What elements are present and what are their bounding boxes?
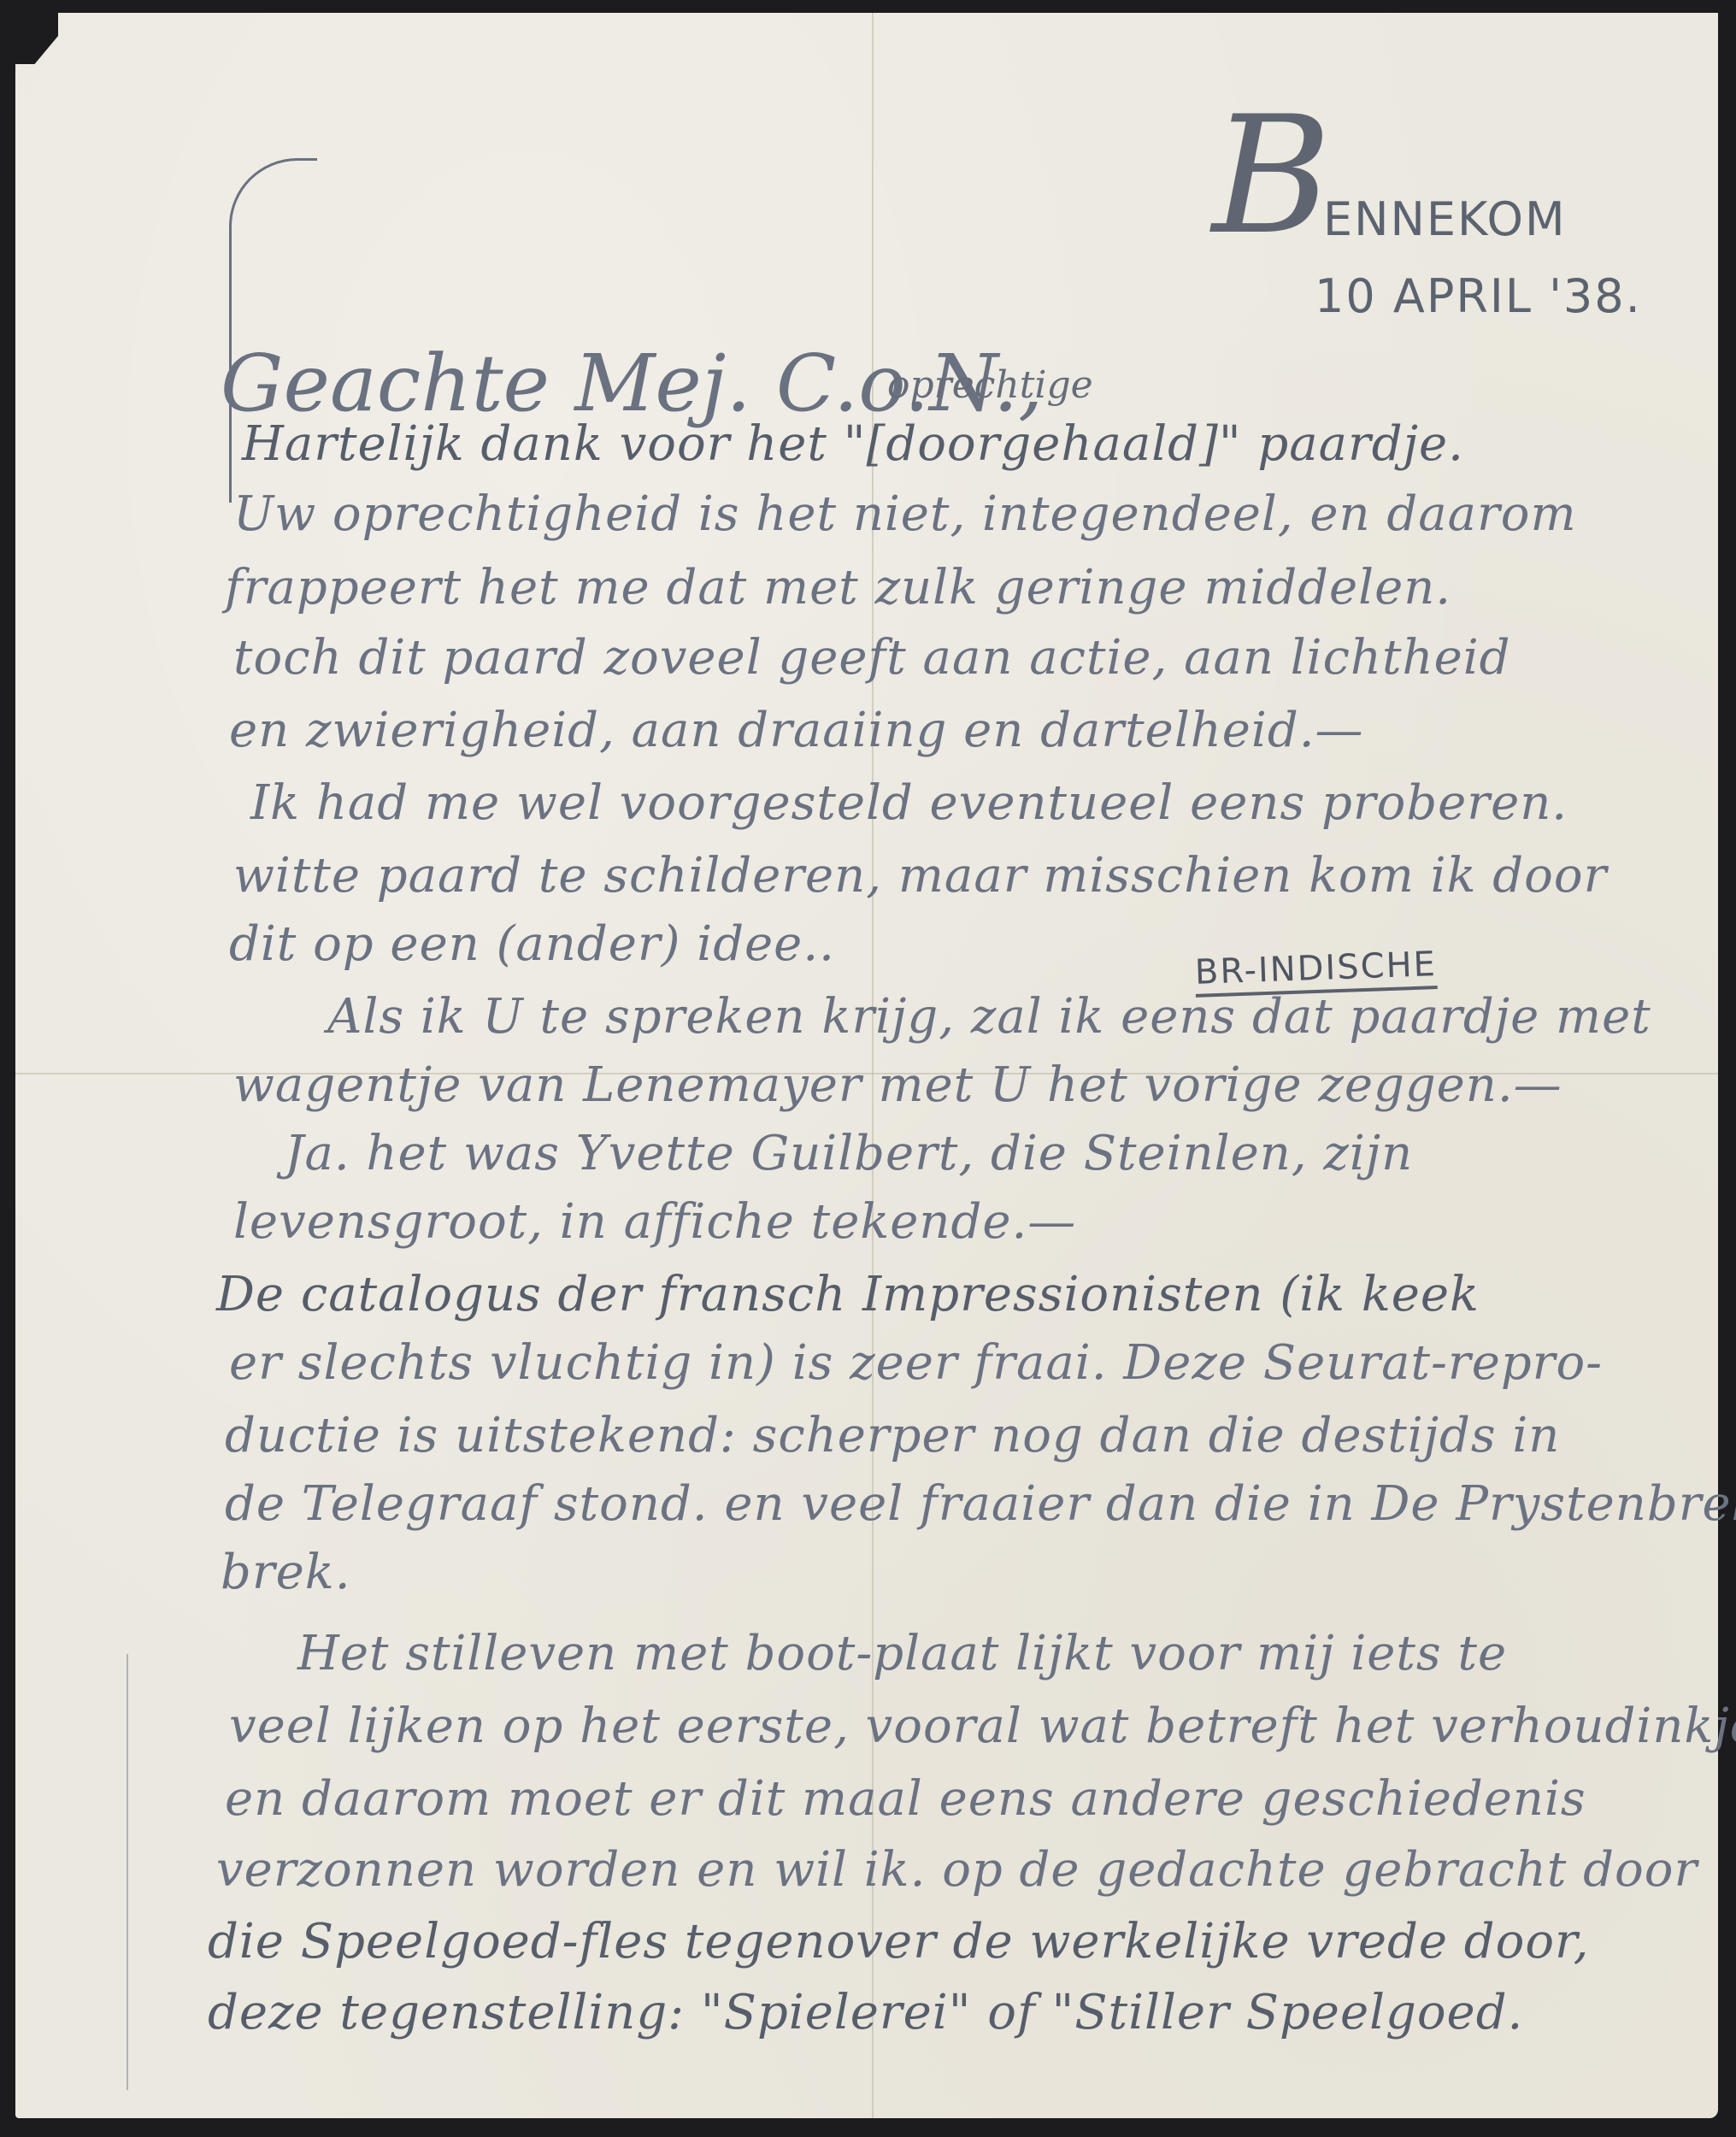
text-line: Ik had me wel voorgesteld eventueel eens… [250,778,1568,829]
text-line: toch dit paard zoveel geeft aan actie, a… [233,633,1510,684]
letter-page: B ENNEKOM 10 APRIL '38. Geachte Mej. C.o… [15,13,1718,2118]
text-line: ductie is uitstekend: scherper nog dan d… [225,1410,1560,1462]
text-line: die Speelgoed-fles tegenover de werkelij… [208,1916,1589,1968]
text-line: Ja. het was Yvette Guilbert, die Steinle… [285,1128,1413,1180]
text-line: Als ik U te spreken krijg, zal ik eens d… [327,992,1651,1043]
torn-corner [15,13,58,64]
text-line: deze tegenstelling: "Spielerei" of "Stil… [208,1987,1523,2039]
text-line: frappeert het me dat met zulk geringe mi… [225,562,1451,614]
text-line: de Telegraaf stond. en veel fraaier dan … [225,1479,1736,1530]
text-line: Hartelijk dank voor het "[doorgehaald]" … [242,419,1464,470]
pencil-margin-line [127,1654,128,2090]
text-line: dit op een (ander) idee.. [229,919,835,970]
text-line: en zwierigheid, aan draaiing en dartelhe… [229,705,1364,756]
letter-date: 10 APRIL '38. [1315,269,1642,323]
text-line: levensgroot, in affiche tekende.— [233,1197,1076,1248]
text-line: witte paard te schilderen, maar misschie… [233,851,1607,902]
text-line: en daarom moet er dit maal eens andere g… [225,1774,1586,1825]
text-line: verzonnen worden en wil ik. op de gedach… [216,1845,1698,1896]
text-line: veel lijken op het eerste, vooral wat be… [229,1701,1736,1752]
text-line: er slechts vluchtig in) is zeer fraai. D… [229,1338,1603,1389]
text-line: brek. [221,1547,351,1598]
letter-header-place-date: B ENNEKOM 10 APRIL '38. [1212,98,1657,355]
text-line: wagentje van Lenemayer met U het vorige … [233,1060,1562,1111]
text-line: De catalogus der fransch Impressionisten… [216,1269,1480,1321]
insert-oprechtige: oprechtige [887,363,1093,407]
text-line: Het stilleven met boot-plaat lijkt voor … [297,1628,1507,1680]
text-line: Uw oprechtigheid is het niet, integendee… [233,489,1577,540]
place-initial: B [1212,81,1332,270]
place-name: ENNEKOM [1323,192,1567,246]
